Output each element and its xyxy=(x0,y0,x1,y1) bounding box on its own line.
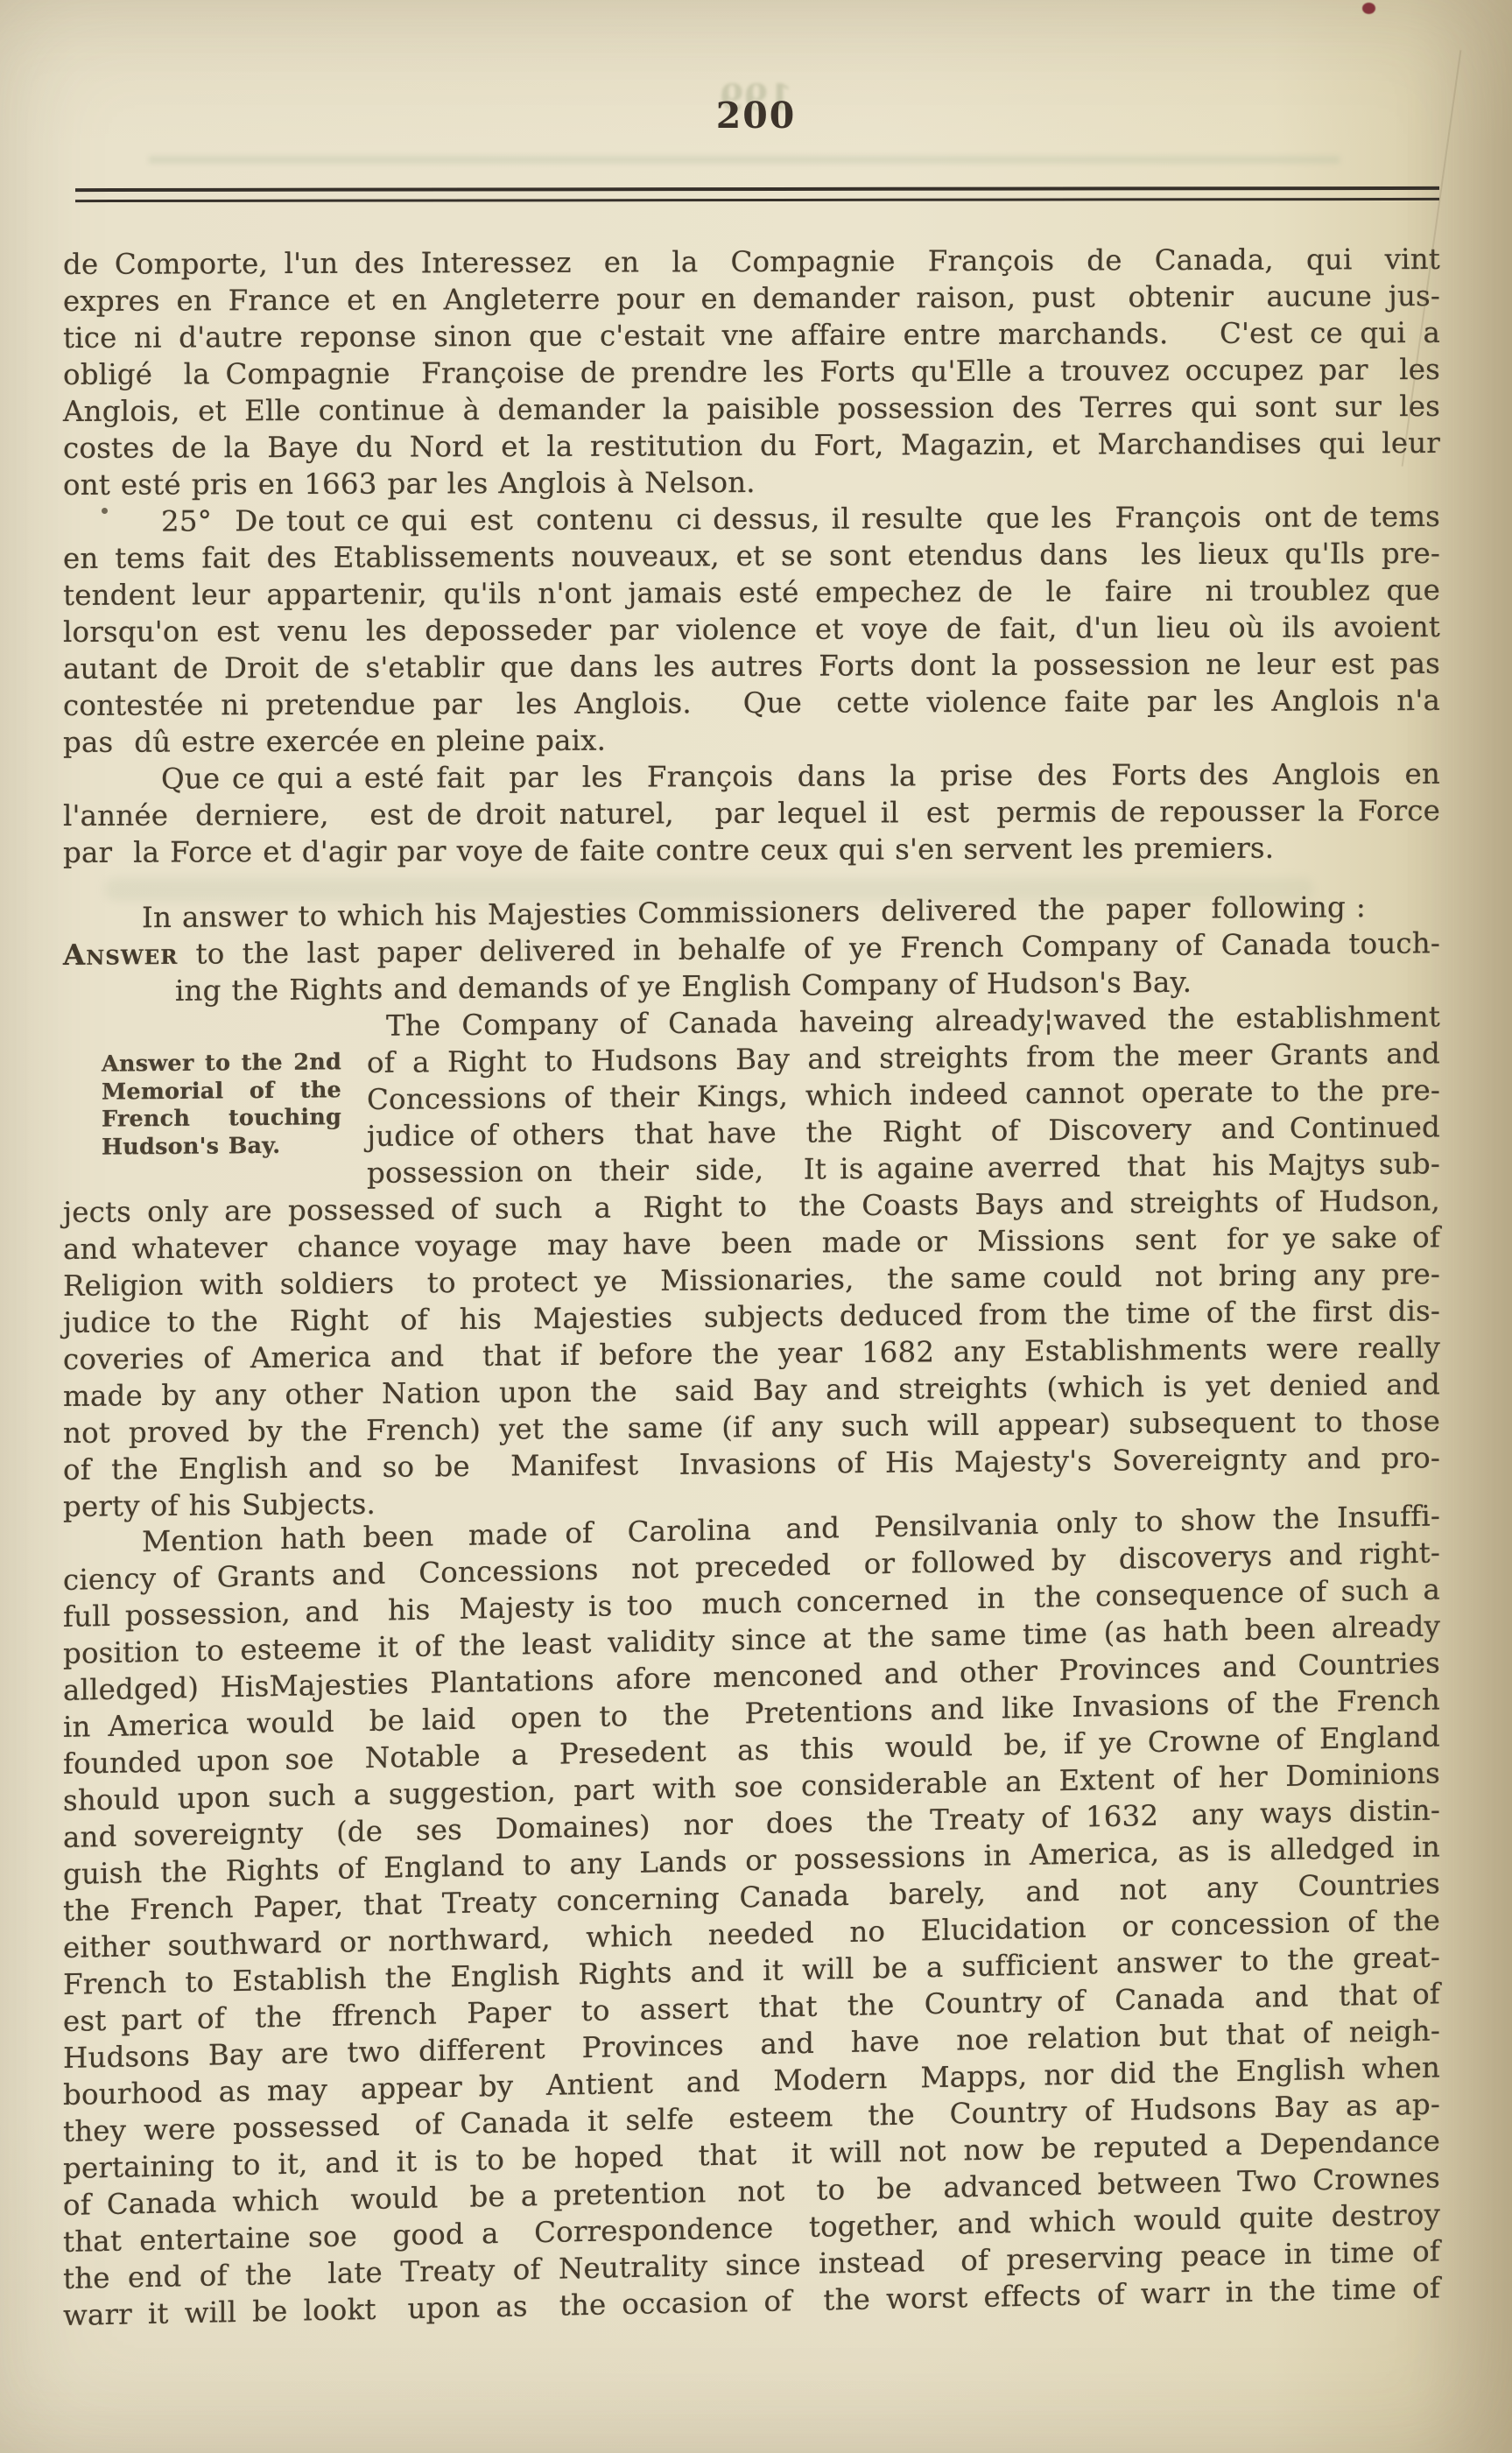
double-rule xyxy=(75,186,1439,202)
text-line: obligé la Compagnie Françoise de prendre… xyxy=(63,351,1440,393)
ink-speck xyxy=(102,508,108,514)
company-indented-lines: of a Right to Hudsons Bay and streights … xyxy=(367,1035,1440,1191)
page-number: 200 xyxy=(0,0,1512,137)
text-line: de Comporte, l'un des Interessez en la C… xyxy=(63,241,1440,283)
company-of-canada-paragraph: Answer to the 2ndMemorial of theFrench t… xyxy=(63,998,1440,1525)
text-line: l'année derniere, est de droit naturel, … xyxy=(63,792,1440,834)
text-line: ont esté pris en 1663 par les Anglois à … xyxy=(63,461,1440,503)
text-line: autant de Droit de s'etablir que dans le… xyxy=(63,645,1440,687)
french-paragraph-3: Que ce qui a esté fait par les François … xyxy=(63,756,1440,871)
book-page: 199 200 de Comporte, l'un des Interessez… xyxy=(0,0,1512,2453)
margin-note: Answer to the 2ndMemorial of theFrench t… xyxy=(102,1049,341,1161)
text-line: Que ce qui a esté fait par les François … xyxy=(63,756,1440,798)
text-line: 25° De tout ce qui est contenu ci dessus… xyxy=(63,498,1440,540)
text-line: French touching xyxy=(102,1104,341,1134)
french-paragraph-2: 25° De tout ce qui est contenu ci dessus… xyxy=(63,498,1440,761)
text-line: costes de la Baye du Nord et la restitut… xyxy=(63,425,1440,467)
french-paragraph-1: de Comporte, l'un des Interessez en la C… xyxy=(63,241,1440,503)
text-line: Answer to the 2nd xyxy=(102,1049,341,1079)
text-line: expres en France et en Angleterre pour e… xyxy=(63,278,1440,320)
text-line: pas dû estre exercée en pleine paix. xyxy=(63,719,1440,761)
text-column: de Comporte, l'un des Interessez en la C… xyxy=(63,246,1440,2334)
red-ink-dot xyxy=(1362,3,1375,14)
text-line: tice ni d'autre reponse sinon que c'esta… xyxy=(63,314,1440,356)
text-line: Hudson's Bay. xyxy=(102,1132,341,1162)
answer-lead-word: Answer xyxy=(63,937,178,972)
text-line: lorsqu'on est venu les deposseder par vi… xyxy=(63,608,1440,650)
rule-bleedthrough xyxy=(149,156,1340,164)
text-line: tendent leur appartenir, qu'ils n'ont ja… xyxy=(63,572,1440,614)
company-full-lines: jects only are possessed of such a Right… xyxy=(63,1182,1440,1525)
mention-paragraph: Mention hath been made of Carolina and P… xyxy=(63,1497,1440,2334)
answer-heading: Answer to the last paper delivered in be… xyxy=(63,924,1440,1010)
text-line: contestée ni pretendue par les Anglois. … xyxy=(63,682,1440,724)
text-line: par la Force et d'agir par voye de faite… xyxy=(63,829,1440,871)
text-line: Anglois, et Elle continue à demander la … xyxy=(63,388,1440,430)
text-line: en tems fait des Etablissements nouveaux… xyxy=(63,535,1440,577)
text-line: Memorial of the xyxy=(102,1077,341,1107)
